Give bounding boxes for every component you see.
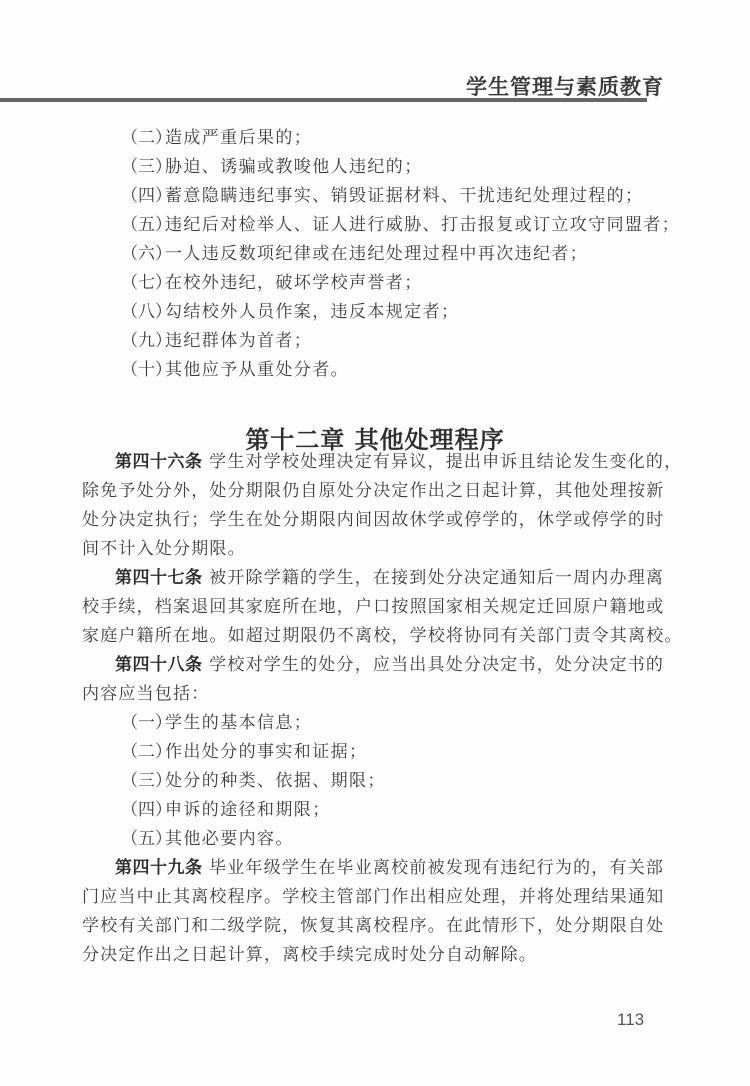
article-line: 除免予处分外，处分期限仍自原处分决定作出之日起计算，其他处理按新 xyxy=(82,481,664,501)
article-line: 处分决定执行；学生在处分期限内间因故休学或停学的，休学或停学的时 xyxy=(82,510,664,530)
list-number: （一） xyxy=(121,713,165,733)
list-text: 一人违反数项纪律或在违纪处理过程中再次违纪者； xyxy=(165,244,588,264)
list-item: （七）在校外违纪，破坏学校声誉者； xyxy=(121,273,423,293)
list-item: （十）其他应予从重处分者。 xyxy=(121,360,349,380)
list-text: 其他必要内容。 xyxy=(165,829,294,849)
list-number: （九） xyxy=(121,331,165,351)
list-number: （八） xyxy=(121,302,165,322)
list-number: （三） xyxy=(121,157,165,177)
list-item: （九）违纪群体为首者； xyxy=(121,331,312,351)
list-text: 申诉的途径和期限； xyxy=(165,800,331,820)
list-item: （二）造成严重后果的； xyxy=(121,128,312,148)
list-item: （八）勾结校外人员作案，违反本规定者； xyxy=(121,302,459,322)
list-text: 违纪后对检举人、证人进行威胁、打击报复或订立攻守同盟者； xyxy=(165,215,680,235)
article-line: 学校有关部门和二级学院，恢复其离校程序。在此情形下，处分期限自处 xyxy=(82,916,664,936)
article-text: 学生对学校处理决定有异议，提出申诉且结论发生变化的， xyxy=(209,452,682,472)
list-item: （四）蓄意隐瞒违纪事实、销毁证据材料、干扰违纪处理过程的； xyxy=(121,186,643,206)
list-number: （七） xyxy=(121,273,165,293)
list-number: （三） xyxy=(121,771,165,791)
list-text: 造成严重后果的； xyxy=(165,128,312,148)
page-number: 113 xyxy=(617,1010,644,1030)
list-text: 学生的基本信息； xyxy=(165,713,312,733)
list-text: 勾结校外人员作案，违反本规定者； xyxy=(165,302,459,322)
article-label: 第四十八条 xyxy=(115,655,203,675)
list-item: （四）申诉的途径和期限； xyxy=(121,800,331,820)
article-line: 校手续，档案退回其家庭所在地，户口按照国家相关规定迁回原户籍地或 xyxy=(82,597,664,617)
list-text: 在校外违纪，破坏学校声誉者； xyxy=(165,273,423,293)
article-text: 学校对学生的处分，应当出具处分决定书，处分决定书的 xyxy=(209,655,664,675)
list-number: （四） xyxy=(121,800,165,820)
article-line: 内容应当包括： xyxy=(82,684,209,704)
list-number: （五） xyxy=(121,215,165,235)
article-line: 家庭户籍所在地。如超过期限仍不离校，学校将协同有关部门责令其离校。 xyxy=(82,626,683,646)
article-label: 第四十九条 xyxy=(115,858,203,878)
article-line: 间不计入处分期限。 xyxy=(82,539,246,559)
list-item: （一）学生的基本信息； xyxy=(121,713,312,733)
list-number: （六） xyxy=(121,244,165,264)
list-number: （二） xyxy=(121,742,165,762)
article-text: 毕业年级学生在毕业离校前被发现有违纪行为的，有关部 xyxy=(209,858,664,878)
list-text: 蓄意隐瞒违纪事实、销毁证据材料、干扰违纪处理过程的； xyxy=(165,186,643,206)
list-number: （五） xyxy=(121,829,165,849)
list-text: 胁迫、诱骗或教唆他人违纪的； xyxy=(165,157,423,177)
article-text: 被开除学籍的学生，在接到处分决定通知后一周内办理离 xyxy=(209,568,664,588)
list-text: 其他应予从重处分者。 xyxy=(165,360,349,380)
list-number: （四） xyxy=(121,186,165,206)
article-line: 分决定作出之日起计算，离校手续完成时处分自动解除。 xyxy=(82,945,537,965)
list-item: （三）处分的种类、依据、期限； xyxy=(121,771,386,791)
article-label: 第四十七条 xyxy=(115,568,203,588)
article-line: 门应当中止其离校程序。学校主管部门作出相应处理，并将处理结果通知 xyxy=(82,887,664,907)
article-label: 第四十六条 xyxy=(115,452,203,472)
header-rule xyxy=(0,98,647,102)
list-item: （三）胁迫、诱骗或教唆他人违纪的； xyxy=(121,157,423,177)
chapter-title: 第十二章 其他处理程序 xyxy=(0,420,750,455)
running-head: 学生管理与素质教育 xyxy=(466,71,664,101)
list-item: （六）一人违反数项纪律或在违纪处理过程中再次违纪者； xyxy=(121,244,588,264)
list-item: （二）作出处分的事实和证据； xyxy=(121,742,367,762)
list-item: （五）违纪后对检举人、证人进行威胁、打击报复或订立攻守同盟者； xyxy=(121,215,680,235)
list-number: （二） xyxy=(121,128,165,148)
list-text: 作出处分的事实和证据； xyxy=(165,742,367,762)
list-item: （五）其他必要内容。 xyxy=(121,829,294,849)
list-text: 处分的种类、依据、期限； xyxy=(165,771,386,791)
list-text: 违纪群体为首者； xyxy=(165,331,312,351)
list-number: （十） xyxy=(121,360,165,380)
